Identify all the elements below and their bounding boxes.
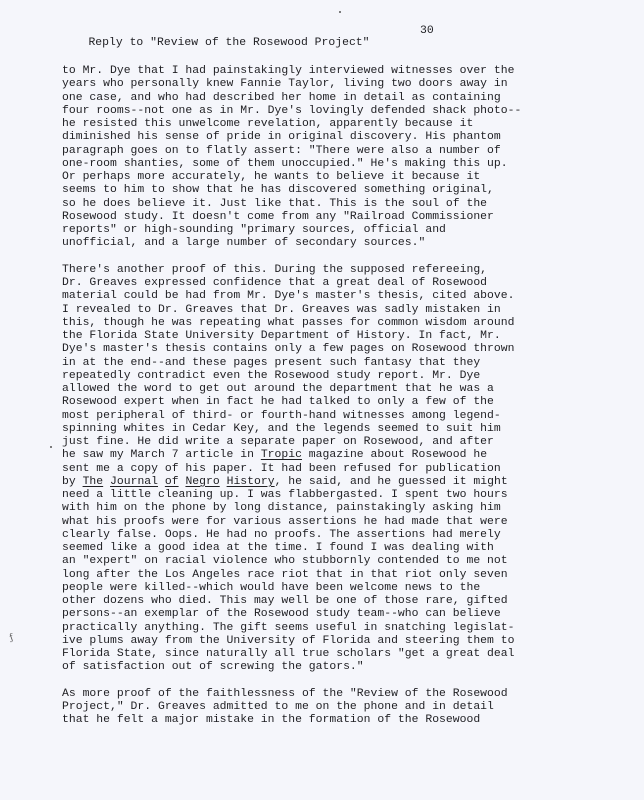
text-line: he saw my March 7 article in Tropic maga… <box>62 449 521 462</box>
text-line: just fine. He did write a separate paper… <box>62 436 521 449</box>
text-line: of satisfaction out of screwing the gato… <box>62 661 521 674</box>
text-line: long after the Los Angeles race riot tha… <box>62 569 521 582</box>
underlined-title: Negro <box>185 476 219 488</box>
text-line: Dye's master's thesis contains only a fe… <box>62 343 521 356</box>
underlined-title: Journal <box>110 476 158 488</box>
text-line: reports" or high-sounding "primary sourc… <box>62 224 521 237</box>
text-line: I revealed to Dr. Greaves that Dr. Greav… <box>62 304 521 317</box>
text-line: repeatedly contradict even the Rosewood … <box>62 370 521 383</box>
text-line: unofficial, and a large number of second… <box>62 237 521 250</box>
text-line: ive plums away from the University of Fl… <box>62 635 521 648</box>
text-line: most peripheral of third- or fourth-hand… <box>62 410 521 423</box>
text-line: an "expert" on racial violence who stubb… <box>62 555 521 568</box>
underlined-title: The <box>83 476 104 488</box>
text-line: the Florida State University Department … <box>62 330 521 343</box>
document-body: to Mr. Dye that I had painstakingly inte… <box>62 65 521 741</box>
text-line: sent me a copy of his paper. It had been… <box>62 463 521 476</box>
text-line: seems to him to show that he has discove… <box>62 184 521 197</box>
text-line: years who personally knew Fannie Taylor,… <box>62 78 521 91</box>
text-line: persons--an exemplar of the Rosewood stu… <box>62 608 521 621</box>
text-line: material could be had from Mr. Dye's mas… <box>62 290 521 303</box>
text-line: diminished his sense of pride in origina… <box>62 131 521 144</box>
text-line: practically anything. The gift seems use… <box>62 622 521 635</box>
text-line: Florida State, since naturally all true … <box>62 648 521 661</box>
page-number: 30 <box>420 25 434 37</box>
running-title: Reply to "Review of the Rosewood Project… <box>88 37 369 49</box>
text-line: Project," Dr. Greaves admitted to me on … <box>62 701 521 714</box>
text-line: As more proof of the faithlessness of th… <box>62 688 521 701</box>
text-line: with him on the phone by long distance, … <box>62 502 521 515</box>
underlined-title: of <box>165 476 179 488</box>
text-line: Or perhaps more accurately, he wants to … <box>62 171 521 184</box>
scan-speck <box>50 446 52 448</box>
text-line: by The Journal of Negro History, he said… <box>62 476 521 489</box>
text-line: other dozens who died. This may well be … <box>62 595 521 608</box>
text-line: Dr. Greaves expressed confidence that a … <box>62 277 521 290</box>
paragraph: to Mr. Dye that I had painstakingly inte… <box>62 65 521 251</box>
text-line: Rosewood expert when in fact he had talk… <box>62 396 521 409</box>
text-line: There's another proof of this. During th… <box>62 264 521 277</box>
text-line: this, though he was repeating what passe… <box>62 317 521 330</box>
margin-mark: ƒ <box>8 633 15 644</box>
text-line: clearly false. Oops. He had no proofs. T… <box>62 529 521 542</box>
text-line: seemed like a good idea at the time. I f… <box>62 542 521 555</box>
text-line: to Mr. Dye that I had painstakingly inte… <box>62 65 521 78</box>
text-line: one-room shanties, some of them unoccupi… <box>62 158 521 171</box>
text-line: four rooms--not one as in Mr. Dye's lovi… <box>62 105 521 118</box>
text-line: people were killed--which would have bee… <box>62 582 521 595</box>
text-line: one case, and who had described her home… <box>62 92 521 105</box>
text-line: he resisted this unwelcome revelation, a… <box>62 118 521 131</box>
scan-speck <box>339 11 341 13</box>
underlined-title: History <box>227 476 275 488</box>
text-line: Rosewood study. It doesn't come from any… <box>62 211 521 224</box>
text-line: in at the end--and these pages present s… <box>62 357 521 370</box>
text-line: that he felt a major mistake in the form… <box>62 714 521 727</box>
document-page: Reply to "Review of the Rosewood Project… <box>0 0 644 800</box>
text-line: allowed the word to get out around the d… <box>62 383 521 396</box>
underlined-title: Tropic <box>261 449 302 461</box>
text-line: paragraph goes on to flatly assert: "The… <box>62 145 521 158</box>
text-line: what his proofs were for various asserti… <box>62 516 521 529</box>
text-line: so he does believe it. Just like that. T… <box>62 198 521 211</box>
text-line: spinning whites in Cedar Key, and the le… <box>62 423 521 436</box>
paragraph: There's another proof of this. During th… <box>62 264 521 675</box>
paragraph: As more proof of the faithlessness of th… <box>62 688 521 728</box>
text-line: need a little cleaning up. I was flabber… <box>62 489 521 502</box>
